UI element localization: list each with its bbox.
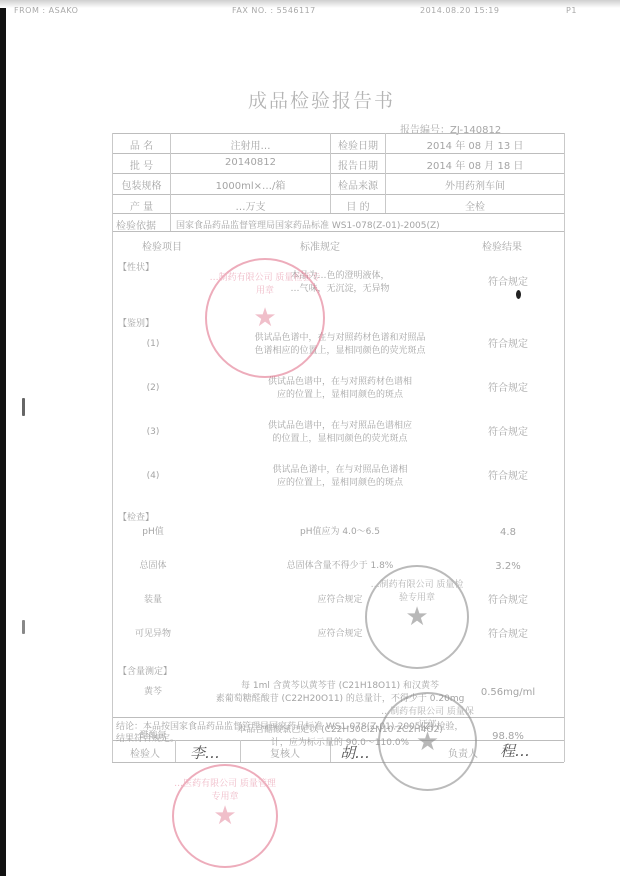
row-standard: pH值应为 4.0～6.5 (215, 526, 465, 539)
section-heading: 【鉴别】 (118, 318, 154, 331)
inspector-signature: 李… (190, 742, 220, 763)
info-value: 2014 年 08 月 13 日 (386, 137, 564, 152)
stamp-text: …制药有限公司 质量检验专用章 (367, 577, 467, 603)
scan-edge (0, 0, 6, 876)
header-item: 检验项目 (142, 238, 182, 253)
info-value: 2014 年 08 月 18 日 (386, 157, 564, 172)
basis-label: 检验依据 (116, 217, 156, 232)
star-icon: ★ (213, 801, 236, 831)
row-result: 符合规定 (468, 338, 548, 351)
info-value: 全检 (386, 198, 564, 213)
row-result: 符合规定 (468, 382, 548, 395)
table-rule (112, 762, 564, 763)
row-result: 4.8 (468, 526, 548, 539)
row-standard: 供试品色谱中，在与对照品色谱相应 的位置上，显相同颜色的荧光斑点 (215, 420, 465, 446)
row-item: (4) (118, 470, 188, 483)
header-standard: 标准规定 (300, 238, 340, 253)
row-result: 符合规定 (468, 628, 548, 641)
info-value: 注射用… (171, 137, 330, 152)
row-result: 符合规定 (468, 426, 548, 439)
row-standard: 供试品色谱中，在与对照药材色谱相 应的位置上，显相同颜色的斑点 (215, 376, 465, 402)
row-result: 0.56mg/ml (468, 686, 548, 699)
fax-number: FAX NO. : 5546117 (232, 6, 316, 15)
info-value: 20140812 (171, 157, 330, 168)
table-rule (112, 153, 564, 154)
row-item: 黄芩 (118, 686, 188, 699)
company-stamp-red: …制药有限公司 质量检验专用章 ★ (205, 258, 325, 378)
info-label: 报告日期 (331, 157, 385, 172)
table-rule (112, 133, 113, 762)
info-label: 批 号 (113, 157, 170, 172)
star-icon: ★ (416, 727, 439, 757)
table-rule (112, 173, 564, 174)
row-standard: 供试品色谱中，在与对照品色谱相 应的位置上，显相同颜色的斑点 (215, 464, 465, 490)
row-item: (1) (118, 338, 188, 351)
info-label: 包装规格 (113, 177, 170, 192)
reviewer-label: 复核人 (270, 745, 300, 760)
stamp-text: …制药有限公司 质量检验专用章 (207, 270, 323, 296)
info-label: 检品来源 (331, 177, 385, 192)
table-rule (112, 194, 564, 195)
info-label: 检验日期 (331, 137, 385, 152)
row-item: (2) (118, 382, 188, 395)
company-stamp-grey: …制药有限公司 质量检验专用章 ★ (365, 565, 469, 669)
inspector-label: 检验人 (130, 745, 160, 760)
row-item: 总固体 (118, 560, 188, 573)
approver-signature: 程… (500, 740, 530, 761)
table-rule (112, 133, 564, 134)
info-value: …万支 (171, 198, 330, 213)
row-result: 3.2% (468, 560, 548, 573)
info-label: 产 量 (113, 198, 170, 213)
table-rule (112, 231, 564, 232)
qa-stamp-grey: …制药有限公司 质量保证部 ★ (378, 692, 477, 791)
fax-from: FROM : ASAKO (14, 6, 78, 15)
row-item: pH值 (118, 526, 188, 539)
info-label: 目 的 (331, 198, 385, 213)
table-rule (112, 717, 564, 718)
distributor-stamp-red: …医药有限公司 质量管理专用章 ★ (172, 764, 278, 868)
scan-speck (22, 398, 25, 416)
star-icon: ★ (253, 303, 276, 333)
basis-value: 国家食品药品监督管理局国家药品标准 WS1-078(Z-01)-2005(Z) (176, 218, 440, 231)
scan-speck (516, 290, 521, 299)
header-result: 检验结果 (482, 238, 522, 253)
fax-datetime: 2014.08.20 15:19 (420, 6, 499, 15)
section-heading: 【含量测定】 (118, 666, 172, 679)
fax-page: P1 (566, 6, 577, 15)
section-heading: 【性状】 (118, 262, 154, 275)
stamp-text: …医药有限公司 质量管理专用章 (174, 776, 276, 802)
row-item: (3) (118, 426, 188, 439)
table-rule (112, 213, 564, 214)
info-value: 1000ml×…/箱 (171, 177, 330, 192)
section-heading: 【检查】 (118, 512, 154, 525)
table-rule (564, 133, 565, 762)
row-result: 符合规定 (468, 594, 548, 607)
scan-speck (22, 620, 25, 634)
document-title: 成品检验报告书 (248, 86, 395, 113)
reviewer-signature: 胡… (340, 742, 370, 763)
row-result: 符合规定 (468, 470, 548, 483)
row-result: 符合规定 (468, 276, 548, 289)
info-label: 品 名 (113, 137, 170, 152)
row-item: 装量 (118, 594, 188, 607)
star-icon: ★ (405, 602, 428, 632)
info-value: 外用药剂车间 (386, 177, 564, 192)
row-item: 可见异物 (118, 628, 188, 641)
